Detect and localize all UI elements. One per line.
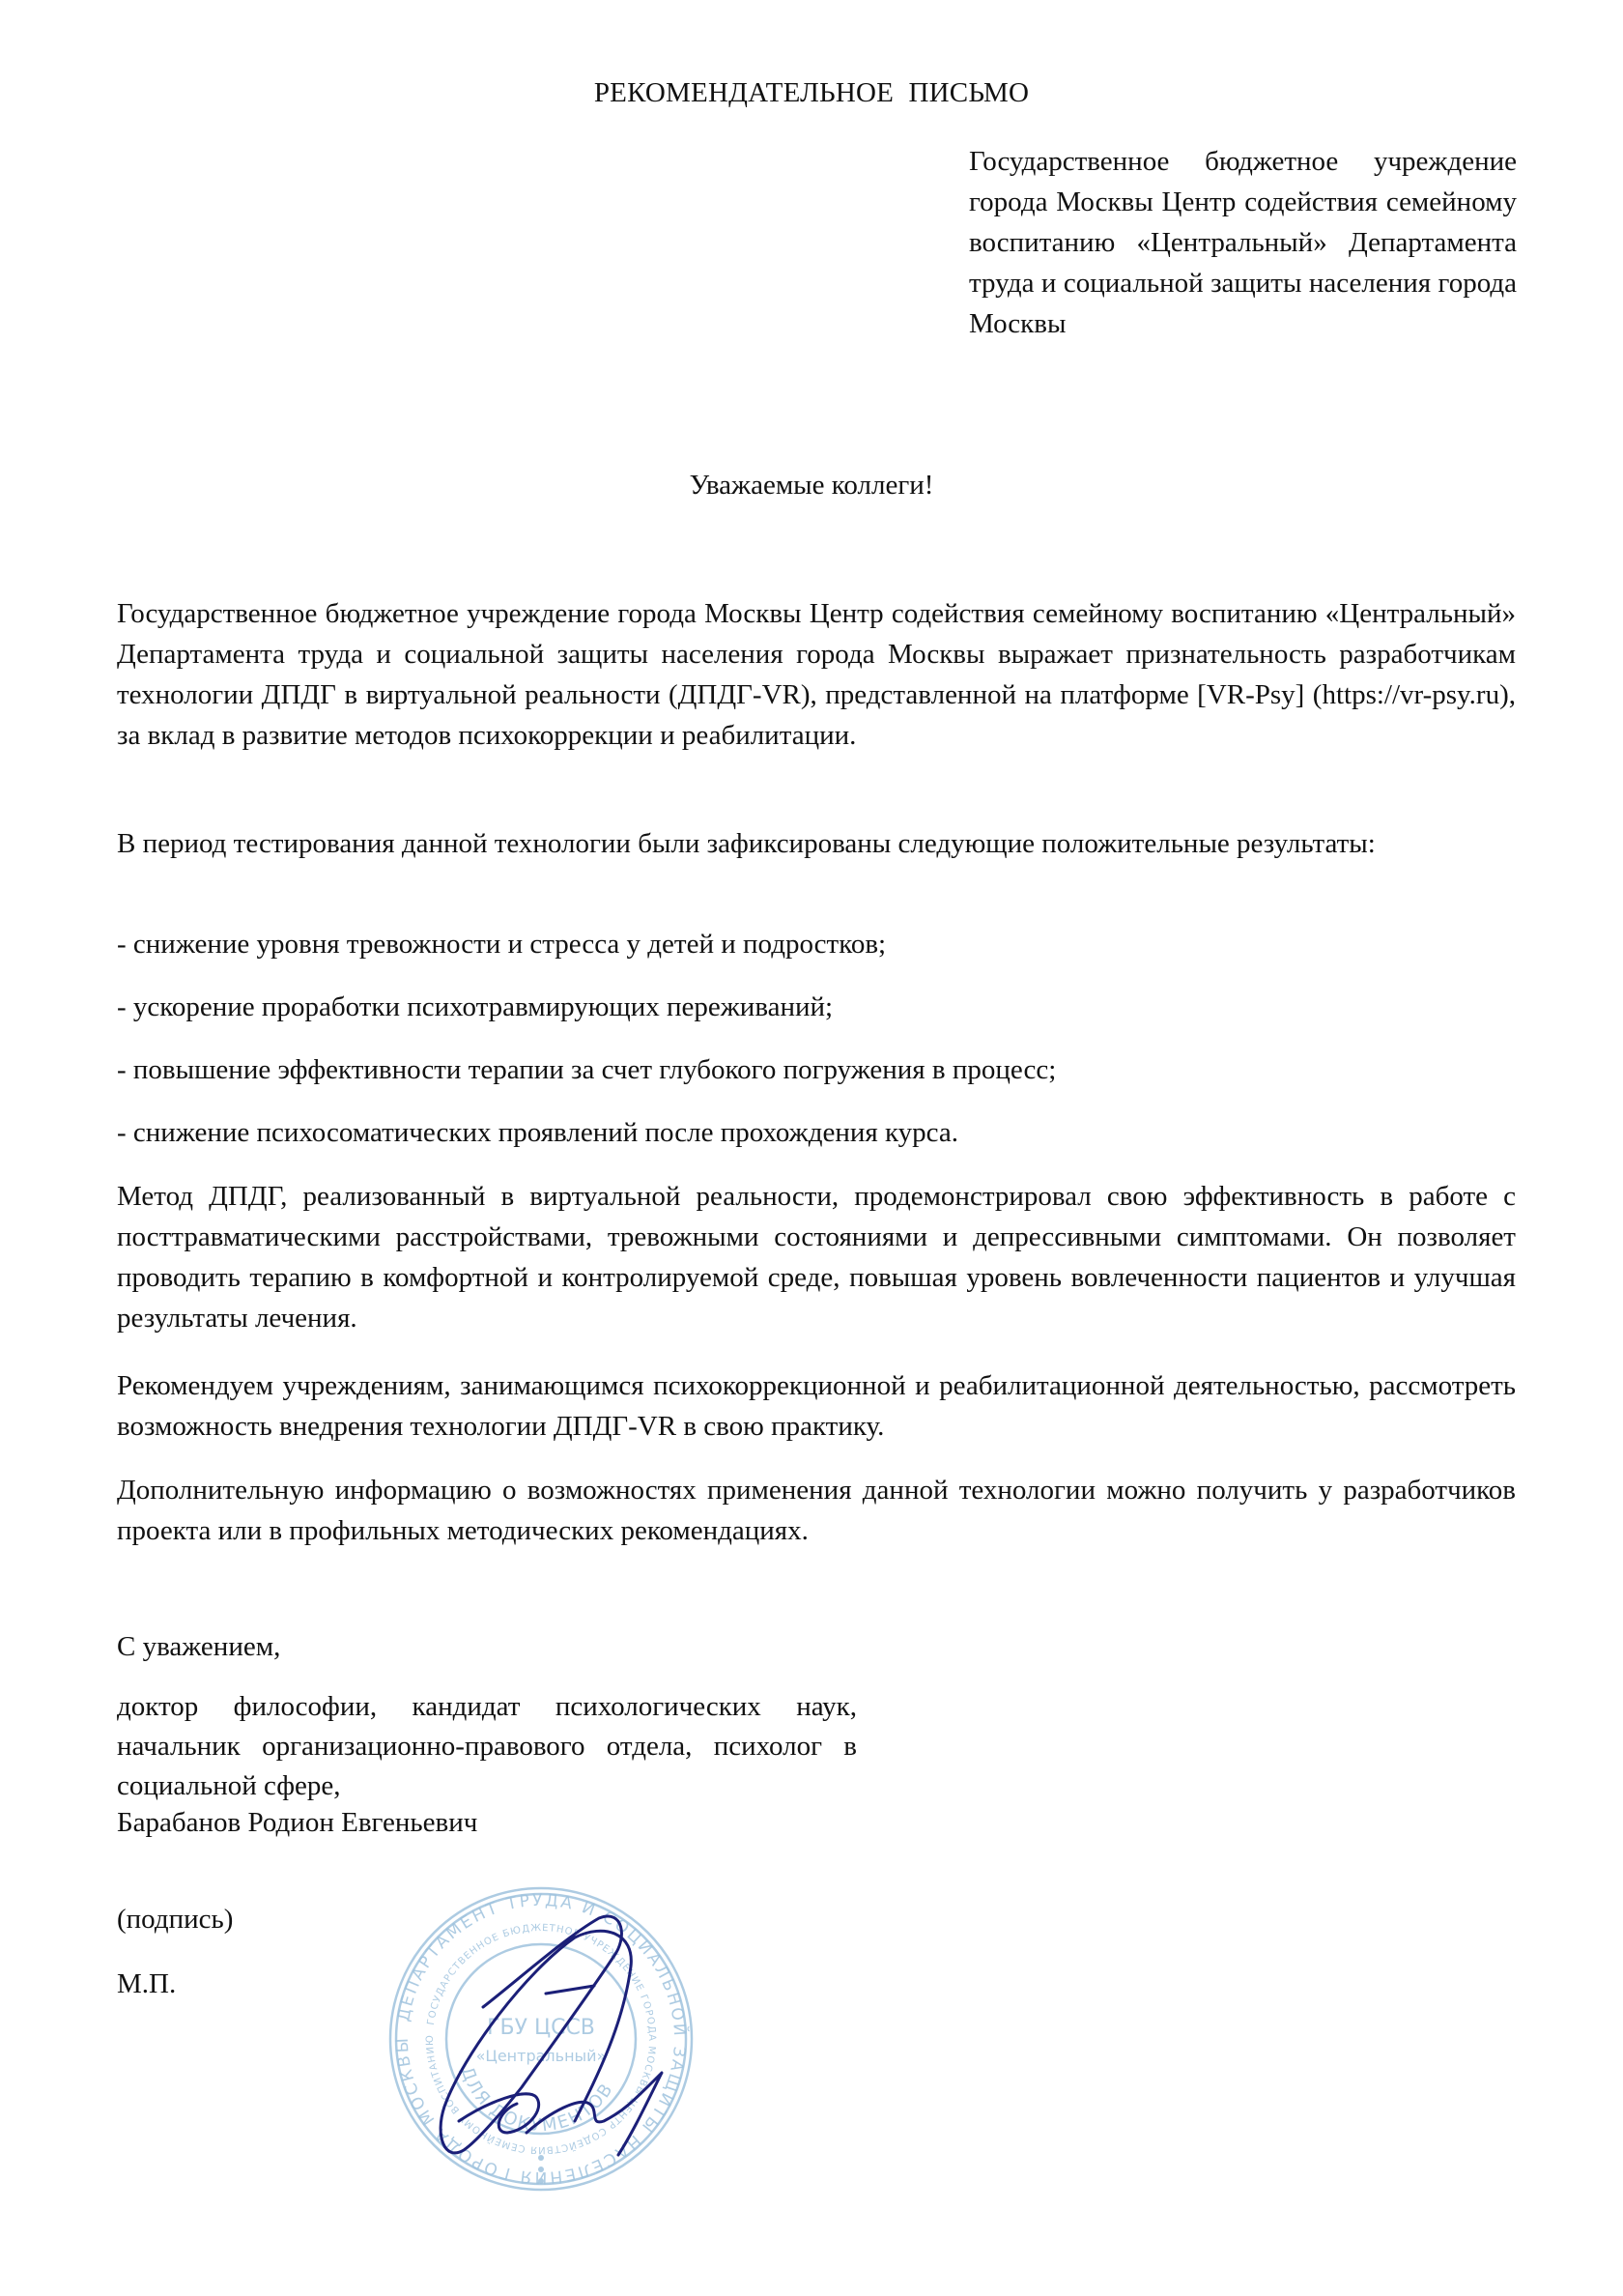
list-item: - ускорение проработки психотравмирующих… bbox=[117, 987, 833, 1027]
recipient-block: Государственное бюджетное учреждение гор… bbox=[969, 141, 1517, 385]
stamp-seal-icon: ДЕПАРТАМЕНТ ТРУДА И СОЦИАЛЬНОЙ ЗАЩИТЫ НА… bbox=[382, 1880, 700, 2198]
closing-phrase: С уважением, bbox=[117, 1631, 280, 1663]
list-item: - снижение психосоматических проявлений … bbox=[117, 1112, 958, 1153]
seal-label: М.П. bbox=[117, 1968, 176, 2000]
signer-name: Барабанов Родион Евгеньевич bbox=[117, 1807, 477, 1839]
svg-text:ГБУ ЦССВ: ГБУ ЦССВ bbox=[487, 2016, 595, 2040]
paragraph-results-intro: В период тестирования данной технологии … bbox=[117, 823, 1516, 864]
paragraph-more-info: Дополнительную информацию о возможностях… bbox=[117, 1470, 1516, 1551]
list-item: - повышение эффективности терапии за сче… bbox=[117, 1049, 1056, 1090]
official-stamp: ДЕПАРТАМЕНТ ТРУДА И СОЦИАЛЬНОЙ ЗАЩИТЫ НА… bbox=[382, 1880, 700, 2198]
paragraph-gratitude: Государственное бюджетное учреждение гор… bbox=[117, 593, 1516, 756]
greeting: Уважаемые коллеги! bbox=[0, 470, 1623, 502]
signer-position: доктор философии, кандидат психологическ… bbox=[117, 1687, 857, 1806]
signature-label: (подпись) bbox=[117, 1904, 233, 1936]
letter-title: РЕКОМЕНДАТЕЛЬНОЕ ПИСЬМО bbox=[0, 77, 1623, 109]
paragraph-recommendation: Рекомендуем учреждениям, занимающимся пс… bbox=[117, 1365, 1516, 1447]
paragraph-method: Метод ДПДГ, реализованный в виртуальной … bbox=[117, 1176, 1516, 1338]
list-item: - снижение уровня тревожности и стресса … bbox=[117, 924, 886, 964]
